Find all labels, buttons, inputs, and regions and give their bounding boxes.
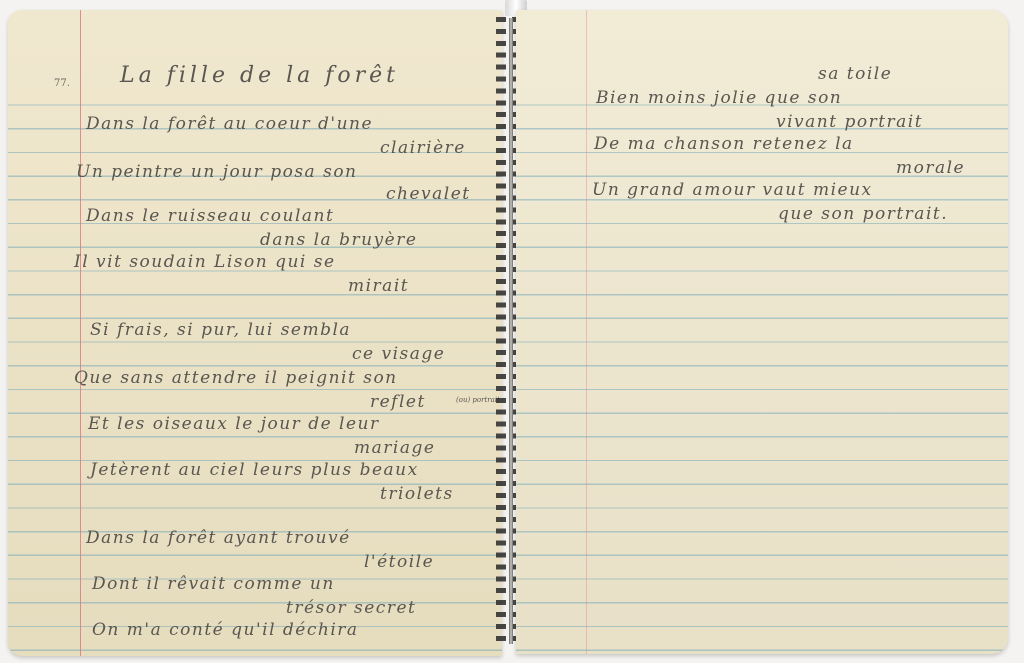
margin-line [80, 10, 81, 656]
poem-line: Un grand amour vaut mieux [592, 180, 873, 200]
poem-line: l'étoile [364, 552, 434, 572]
poem-line: Dont il rêvait comme un [92, 574, 335, 594]
poem-line: Que sans attendre il peignit son [74, 368, 398, 388]
poem-line: mirait [348, 276, 409, 296]
poem-line: De ma chanson retenez la [594, 134, 854, 154]
poem-line: morale [896, 158, 965, 178]
poem-line: clairière [380, 138, 466, 158]
poem-line: vivant portrait [776, 112, 923, 132]
poem-line: trésor secret [286, 598, 416, 618]
spiral-wire [509, 18, 513, 644]
poem-line: Si frais, si pur, lui sembla [90, 320, 351, 340]
poem-line: Il vit soudain Lison qui se [74, 252, 336, 272]
poem-line: On m'a conté qu'il déchira [92, 620, 359, 640]
poem-line: que son portrait. [778, 204, 948, 224]
left-page: 77. La fille de la forêt Dans la forêt a… [8, 10, 502, 656]
poem-line: Dans la forêt ayant trouvé [86, 528, 351, 548]
page-number: 77. [54, 74, 70, 94]
poem-line: sa toile [818, 64, 892, 84]
poem-line: dans la bruyère [260, 230, 417, 250]
poem-line: Un peintre un jour posa son [76, 162, 358, 182]
poem-line: Et les oiseaux le jour de leur [88, 414, 380, 434]
poem-line: chevalet [386, 184, 471, 204]
poem-line: Dans la forêt au coeur d'une [86, 114, 373, 134]
poem-line: Bien moins jolie que son [596, 88, 842, 108]
poem-title: La fille de la forêt [120, 66, 399, 86]
poem-line: triolets [380, 484, 454, 504]
margin-line [586, 10, 587, 654]
margin-note: (ou) portrait [456, 390, 500, 410]
poem-line: Jetèrent au ciel leurs plus beaux [90, 460, 419, 480]
poem-line: Dans le ruisseau coulant [86, 206, 334, 226]
right-page: sa toile Bien moins jolie que son vivant… [516, 10, 1008, 654]
poem-line: reflet [370, 392, 426, 412]
poem-line: ce visage [352, 344, 445, 364]
poem-line: mariage [354, 438, 435, 458]
